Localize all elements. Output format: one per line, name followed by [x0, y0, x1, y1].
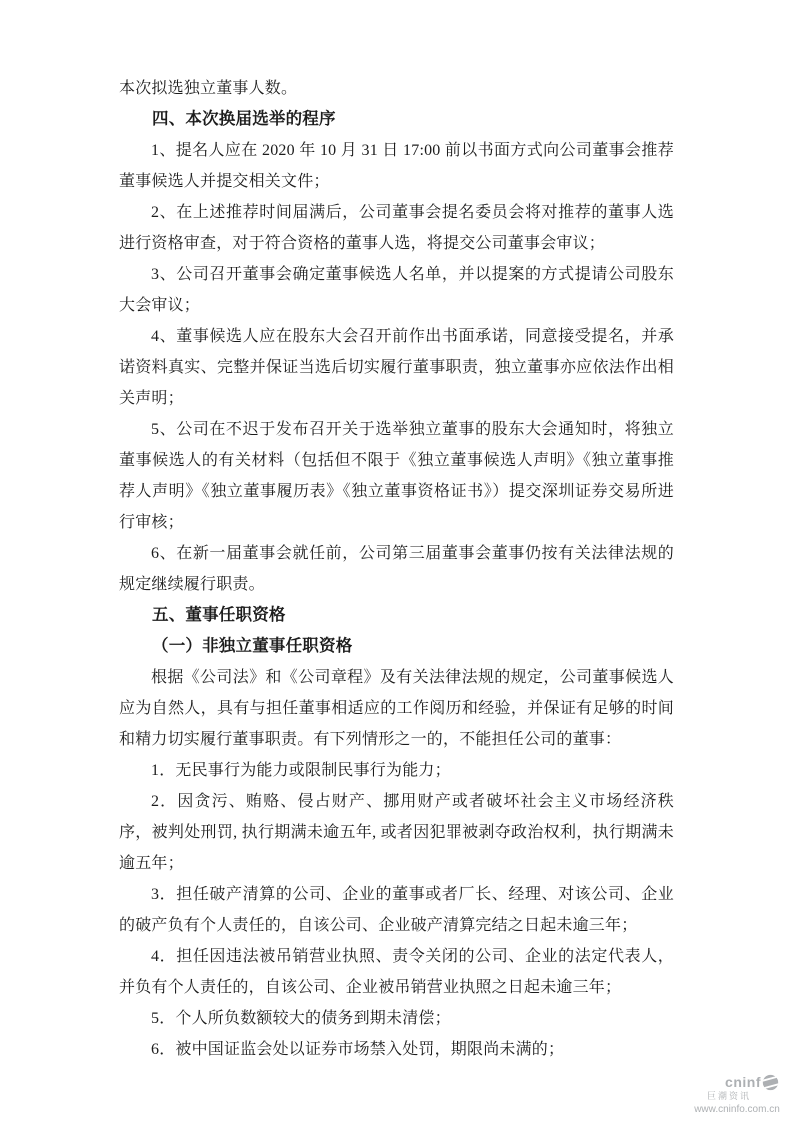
paragraph-item-3: 3、公司召开董事会确定董事候选人名单，并以提案的方式提请公司股东大会审议；	[119, 259, 674, 321]
paragraph-condition-4: 4．担任因违法被吊销营业执照、责令关闭的公司、企业的法定代表人，并负有个人责任的…	[119, 941, 674, 1003]
paragraph-item-5: 5、公司在不迟于发布召开关于选举独立董事的股东大会通知时，将独立董事候选人的有关…	[119, 414, 674, 538]
cninfo-brand-chinese: 巨潮资讯	[685, 1092, 789, 1102]
cninfo-brand-row: cninf	[685, 1074, 789, 1091]
cninfo-watermark: cninf 巨潮资讯 www.cninfo.com.cn	[685, 1074, 789, 1115]
paragraph-qualifications-intro: 根据《公司法》和《公司章程》及有关法律法规的规定，公司董事候选人应为自然人，具有…	[119, 662, 674, 755]
document-page: 本次拟选独立董事人数。 四、本次换届选举的程序 1、提名人应在 2020 年 1…	[0, 0, 793, 1122]
paragraph-condition-5: 5．个人所负数额较大的债务到期未清偿；	[119, 1003, 674, 1034]
paragraph-item-1: 1、提名人应在 2020 年 10 月 31 日 17:00 前以书面方式向公司…	[119, 135, 674, 197]
document-body: 本次拟选独立董事人数。 四、本次换届选举的程序 1、提名人应在 2020 年 1…	[119, 73, 674, 1065]
cninfo-swirl-icon	[762, 1074, 779, 1091]
cninfo-brand-text: cninf	[725, 1075, 761, 1090]
section-heading-4: 四、本次换届选举的程序	[119, 104, 674, 135]
paragraph-condition-6: 6．被中国证监会处以证券市场禁入处罚，期限尚未满的；	[119, 1034, 674, 1065]
paragraph-item-2: 2、在上述推荐时间届满后，公司董事会提名委员会将对推荐的董事人选进行资格审查，对…	[119, 197, 674, 259]
paragraph-condition-2: 2．因贪污、贿赂、侵占财产、挪用财产或者破坏社会主义市场经济秩序，被判处刑罚, …	[119, 786, 674, 879]
paragraph-item-6: 6、在新一届董事会就任前，公司第三届董事会董事仍按有关法律法规的规定继续履行职责…	[119, 538, 674, 600]
cninfo-url: www.cninfo.com.cn	[685, 1104, 789, 1115]
paragraph-continuation: 本次拟选独立董事人数。	[119, 73, 674, 104]
subsection-heading-1: （一）非独立董事任职资格	[119, 631, 674, 662]
section-heading-5: 五、董事任职资格	[119, 600, 674, 631]
paragraph-condition-1: 1．无民事行为能力或限制民事行为能力；	[119, 755, 674, 786]
paragraph-item-4: 4、董事候选人应在股东大会召开前作出书面承诺，同意接受提名，并承诺资料真实、完整…	[119, 321, 674, 414]
paragraph-condition-3: 3．担任破产清算的公司、企业的董事或者厂长、经理、对该公司、企业的破产负有个人责…	[119, 879, 674, 941]
